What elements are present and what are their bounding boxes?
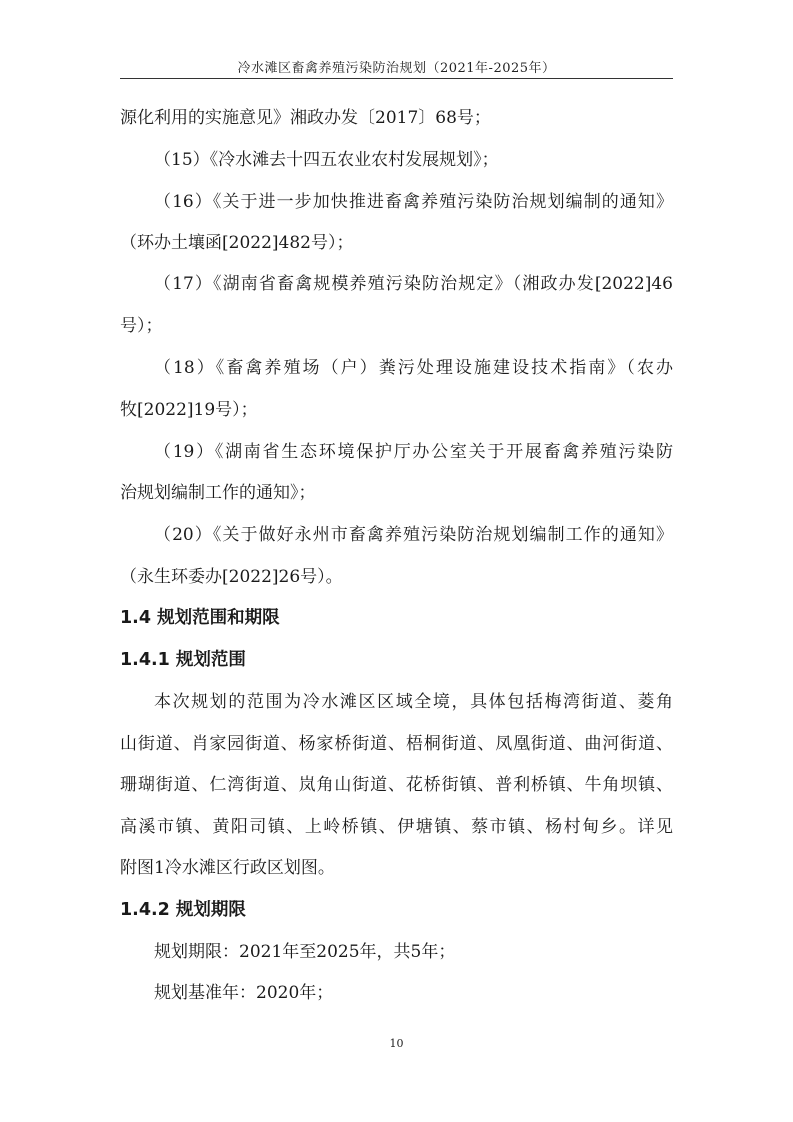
base-year-text: 规划基准年：2020年； — [154, 981, 673, 1005]
reference-item-18-cont: 牧[2022]19号）； — [120, 398, 673, 422]
scope-paragraph-line: 本次规划的范围为冷水滩区区域全境，具体包括梅湾街道、菱角 — [154, 690, 673, 714]
section-heading-1-4-2: 1.4.2 规划期限 — [120, 898, 673, 922]
page-number: 10 — [0, 1037, 793, 1050]
reference-item-17: （17）《湖南省畜禽规模养殖污染防治规定》（湘政办发[2022]46 — [154, 272, 673, 296]
reference-item-16: （16）《关于进一步加快推进畜禽养殖污染防治规划编制的通知》 — [154, 190, 673, 214]
scope-paragraph-line: 高溪市镇、黄阳司镇、上岭桥镇、伊塘镇、蔡市镇、杨村甸乡。详见 — [120, 815, 673, 839]
section-heading-1-4-1: 1.4.1 规划范围 — [120, 648, 673, 672]
section-heading-1-4: 1.4 规划范围和期限 — [120, 606, 673, 630]
reference-item-17-cont: 号）； — [120, 314, 673, 338]
scope-paragraph-line: 珊瑚街道、仁湾街道、岚角山街道、花桥街镇、普利桥镇、牛角坝镇、 — [120, 773, 673, 797]
header-divider — [120, 78, 673, 79]
scope-paragraph-line: 山街道、肖家园街道、杨家桥街道、梧桐街道、凤凰街道、曲河街道、 — [120, 732, 673, 756]
reference-item-18: （18）《畜禽养殖场（户）粪污处理设施建设技术指南》（农办 — [154, 356, 673, 380]
planning-period-text: 规划期限：2021年至2025年，共5年； — [154, 940, 673, 964]
reference-item-20: （20）《关于做好永州市畜禽养殖污染防治规划编制工作的通知》 — [154, 523, 673, 547]
reference-item-19-cont: 治规划编制工作的通知》； — [120, 481, 673, 505]
text-line: 源化利用的实施意见》湘政办发〔2017〕68号； — [120, 106, 673, 130]
reference-item-15: （15）《冷水滩去十四五农业农村发展规划》； — [154, 148, 673, 172]
reference-item-20-cont: （永生环委办[2022]26号）。 — [120, 565, 673, 589]
scope-paragraph-line: 附图1冷水滩区行政区划图。 — [120, 856, 673, 880]
header-title: 冷水滩区畜禽养殖污染防治规划（2021年-2025年） — [0, 57, 793, 76]
reference-item-19: （19）《湖南省生态环境保护厅办公室关于开展畜禽养殖污染防 — [154, 440, 673, 464]
reference-item-16-cont: （环办土壤函[2022]482号）； — [120, 231, 673, 255]
